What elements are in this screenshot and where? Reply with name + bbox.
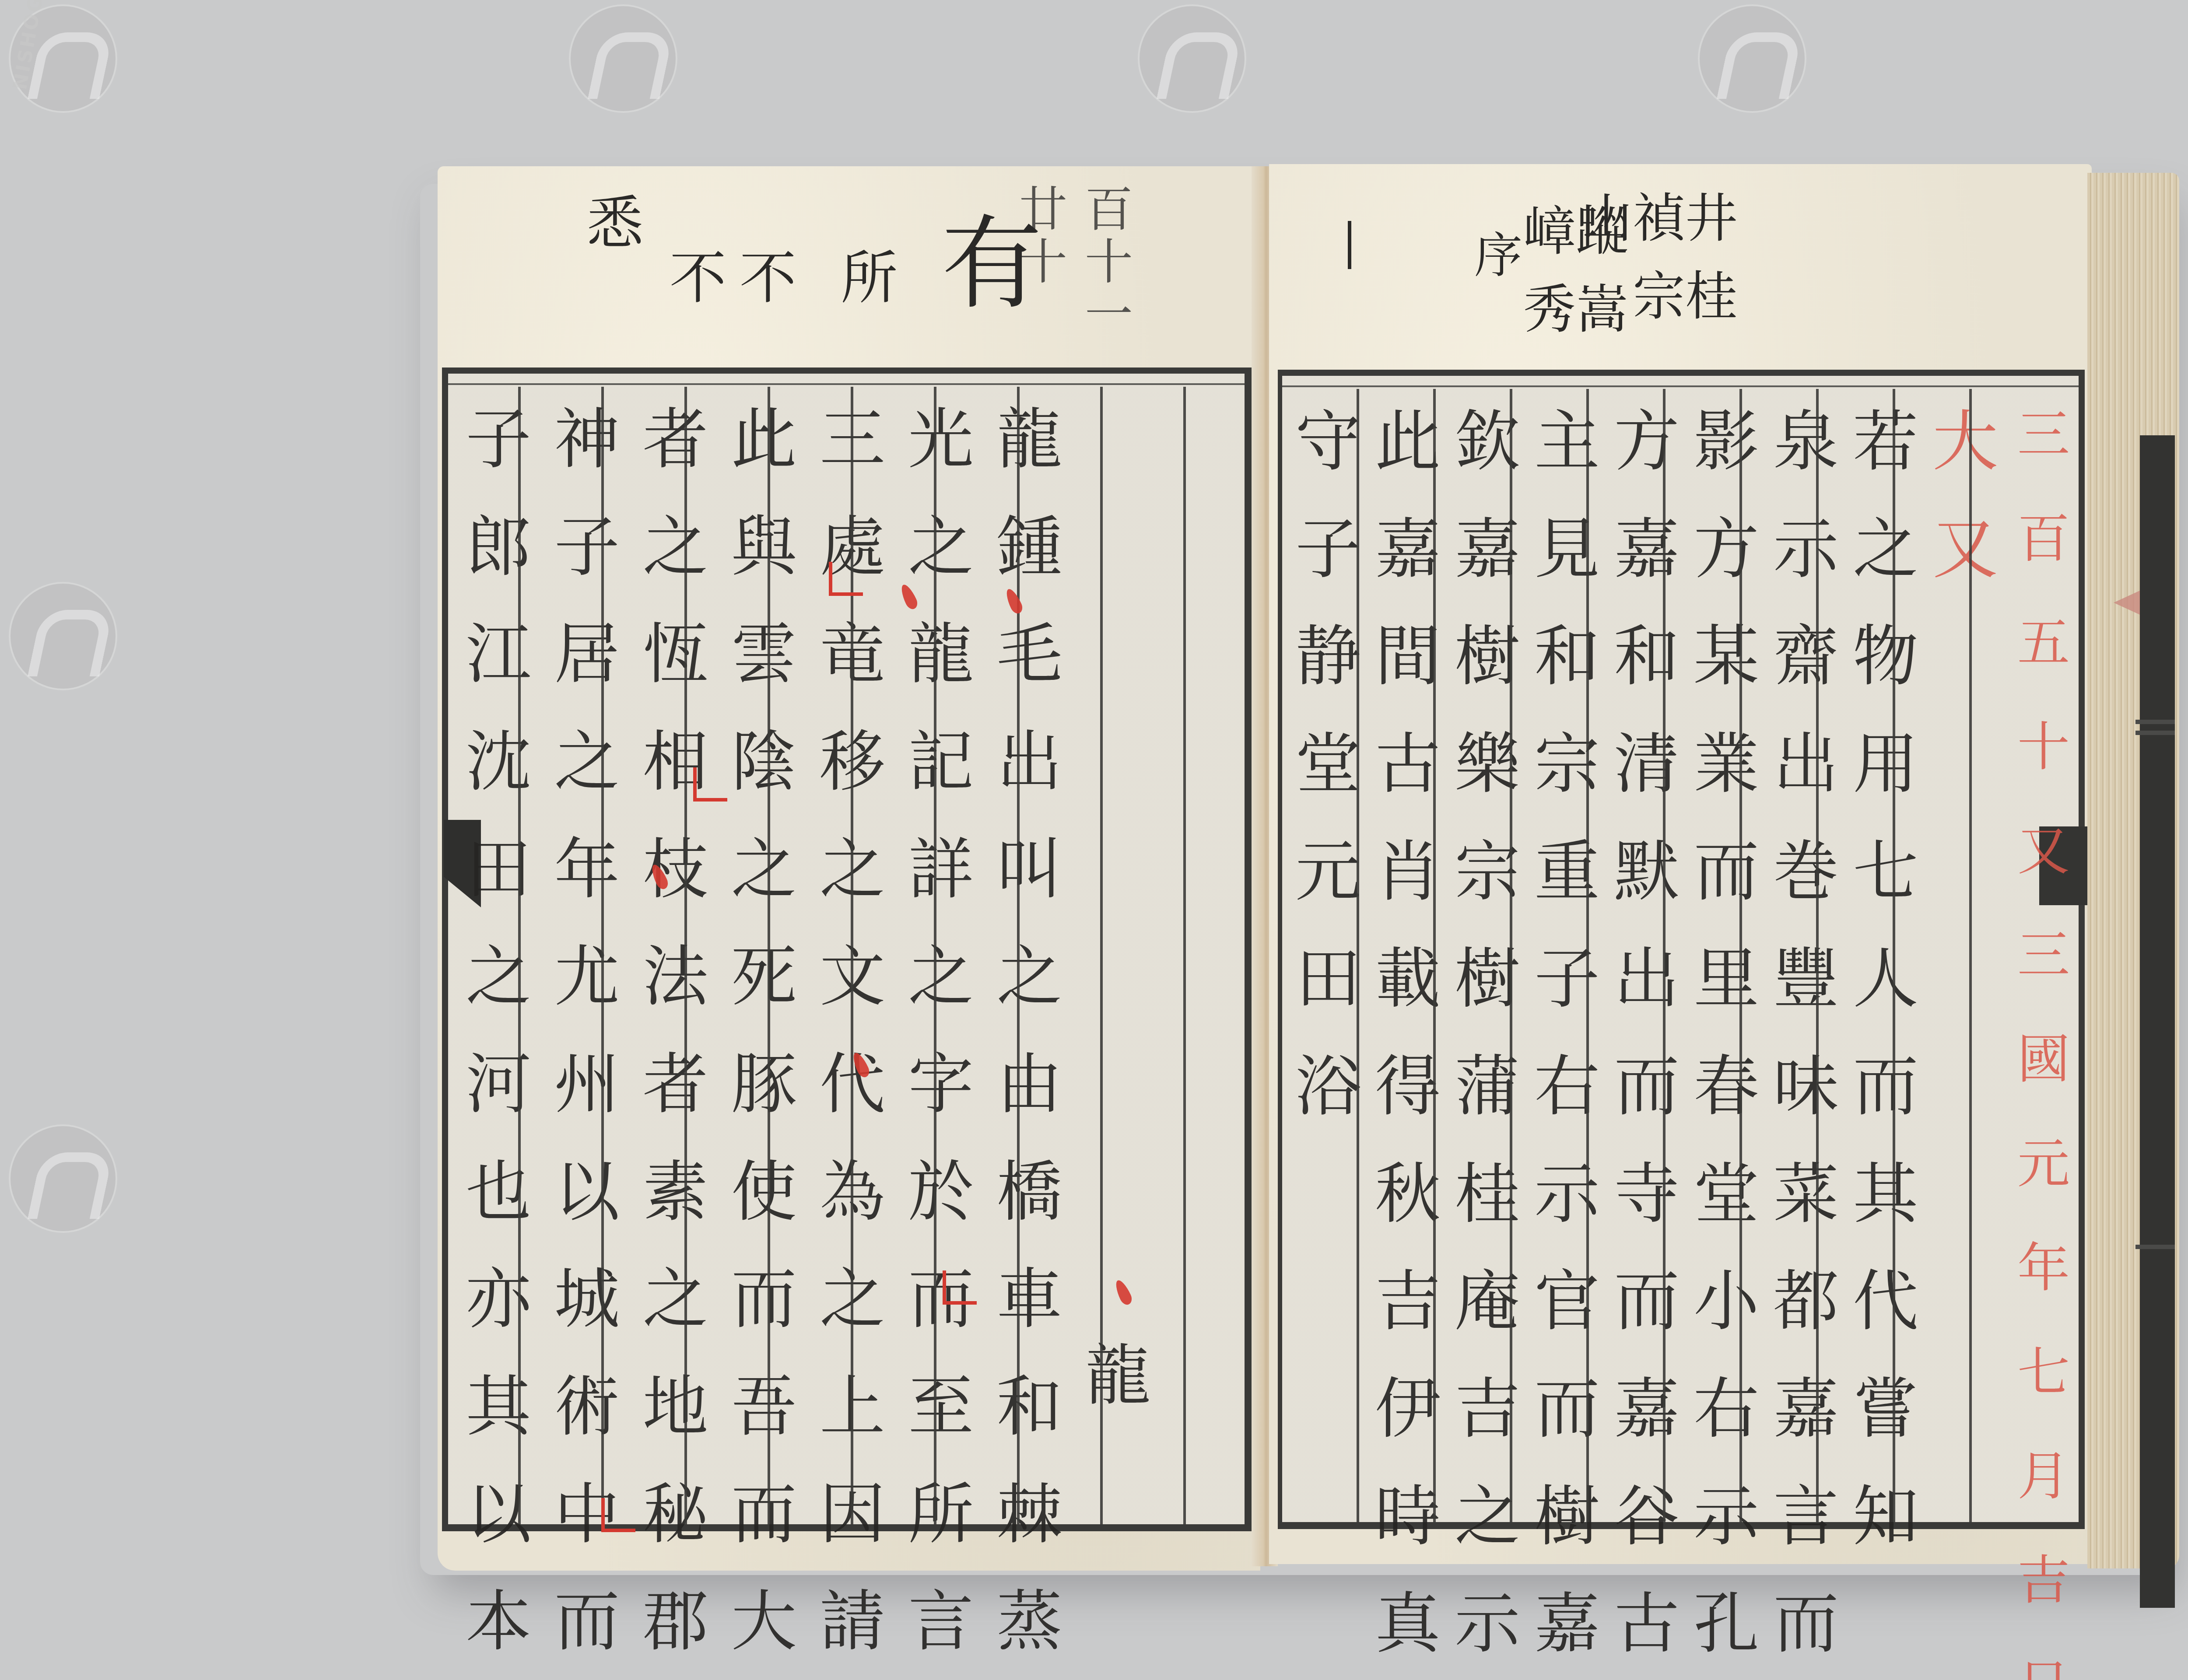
watermark-logo-icon — [1698, 4, 1806, 113]
column — [1156, 387, 1245, 1524]
column-rule — [1893, 389, 1895, 1522]
column: 守 子 静 堂 元 田 浴 — [1282, 389, 1362, 1522]
column: 影 方 某 業 而 里 春 堂 小 右 示 孔 文 嶂 — [1680, 389, 1760, 1522]
column-rule — [768, 387, 770, 1524]
red-kaeriten-mark — [943, 1270, 977, 1305]
column: 龍 — [1068, 387, 1156, 1524]
right-page: 井 桂 禎 宗 山 蹤 嵩 嶂 秀 序 三 百 五 十 又 三 國 元 年 七 … — [1269, 164, 2092, 1564]
column: 泉 示 齋 出 巻 豐 味 菜 都 嘉 言 而 冠 庭 — [1760, 389, 1840, 1522]
frame-inner-rule — [1282, 385, 2079, 387]
column: 大 又 — [1919, 389, 1999, 1522]
column-rule — [851, 387, 853, 1524]
right-page-header: 井 桂 禎 宗 山 蹤 嵩 嶂 秀 序 — [1269, 164, 2092, 365]
header-left-note: 悉 — [582, 192, 639, 254]
watermark-logo-icon — [9, 1124, 117, 1233]
column-rule — [1663, 389, 1666, 1522]
page-number: 百十一 — [1081, 184, 1129, 341]
column: 方 嘉 和 清 默 出 而 寺 而 嘉 谷 古 文 示 — [1601, 389, 1680, 1522]
column-rule — [1586, 389, 1589, 1522]
column: 龍 鍾 毛 出 叫 之 由 橋 車 和 棘 蒸 北 沐 江 之 末 — [979, 387, 1067, 1524]
column: 欽 嘉 樹 樂 宗 樹 蒲 桂 庵 吉 之 示 — [1441, 389, 1521, 1522]
edge-black-band — [2140, 435, 2175, 1608]
column-rule — [1739, 389, 1742, 1522]
column-rule — [934, 387, 936, 1524]
watermark-logo-icon — [1138, 4, 1246, 113]
column-rule — [1816, 389, 1819, 1522]
column: 若 之 物 用 七 人 而 其 代 嘗 知 — [1840, 389, 1919, 1522]
header-tick-mark — [1348, 221, 1351, 269]
edge-stripe — [2135, 720, 2175, 724]
column: 三 百 五 十 又 三 國 元 年 七 月 吉 日 開 版 序 桑 拙 拙 抄 … — [1999, 389, 2079, 1522]
column-rule — [1357, 389, 1359, 1522]
left-page: 百十一 廿十 有 不不 所 悉 龍 龍 鍾 毛 出 叫 之 由 橋 車 和 棘 … — [438, 166, 1260, 1571]
red-kaeriten-mark — [601, 1498, 635, 1532]
manuscript-photo: NISHOGAKUSHA NISHOGAKUSHA 百十一 廿十 有 不不 所 … — [0, 0, 2188, 1680]
column-rule — [684, 387, 687, 1524]
header-title: 不不 所 — [670, 249, 911, 306]
edge-stripe — [2135, 731, 2175, 735]
left-text-frame: 龍 龍 鍾 毛 出 叫 之 由 橋 車 和 棘 蒸 北 沐 江 之 末 光 之 … — [442, 367, 1252, 1531]
red-kaeriten-mark — [829, 562, 863, 596]
header-title-line2: 蹤 嵩 嶂 秀 — [1518, 203, 1623, 365]
column: 三 處 竜 移 之 文 代 為 之 上 因 請 若 玄 和 之 時 見 — [802, 387, 891, 1524]
right-text-frame: 三 百 五 十 又 三 國 元 年 七 月 吉 日 開 版 序 桑 拙 拙 抄 … — [1278, 370, 2085, 1529]
left-page-header: 百十一 廿十 有 不不 所 悉 — [438, 166, 1260, 367]
column: 子 郎 江 沈 田 之 河 也 亦 其 以 本 之 年 沙 — [448, 387, 536, 1524]
column: 者 之 恆 相 枝 法 者 素 之 地 秘 郡 市 雷 之 宗 — [625, 387, 713, 1524]
header-large-character: 有 — [932, 210, 1033, 315]
frame-inner-rule — [448, 383, 1245, 385]
watermark-logo-icon — [569, 4, 677, 113]
header-title-line3: 序 — [1470, 230, 1518, 282]
column-rule — [1510, 389, 1512, 1522]
column-rule — [1433, 389, 1436, 1522]
column-rule — [1969, 389, 1972, 1522]
right-columns: 三 百 五 十 又 三 國 元 年 七 月 吉 日 開 版 序 桑 拙 拙 抄 … — [1282, 389, 2079, 1522]
edge-red-mark — [2114, 591, 2140, 615]
book-page-edges — [2087, 173, 2179, 1568]
column-rule — [1183, 387, 1186, 1524]
column-rule — [1100, 387, 1103, 1524]
red-kaeriten-mark — [693, 767, 727, 801]
column-rule — [601, 387, 604, 1524]
edge-stripe — [2135, 1245, 2175, 1249]
column: 此 嘉 間 古 肖 載 得 秋 吉 伊 時 真 — [1362, 389, 1441, 1522]
column-rule — [518, 387, 521, 1524]
column-rule — [1017, 387, 1020, 1524]
left-columns: 龍 龍 鍾 毛 出 叫 之 由 橋 車 和 棘 蒸 北 沐 江 之 末 光 之 … — [448, 387, 1245, 1524]
column: 此 與 雲 陰 之 死 豚 使 而 吾 而 大 半 恭 伏 之 玄 陰 此 — [714, 387, 802, 1524]
column: 神 子 居 之 年 尤 州 以 城 術 中 而 其 多 之 本 — [536, 387, 625, 1524]
watermark-logo-icon — [9, 582, 117, 690]
